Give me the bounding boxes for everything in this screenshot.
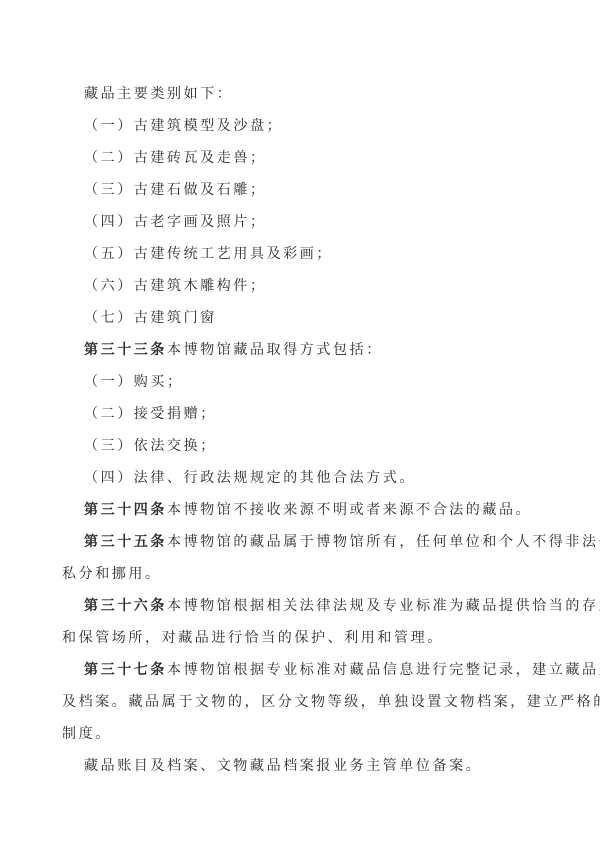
category-item: （五）古建传统工艺用具及彩画； bbox=[62, 238, 548, 270]
article-label: 第三十五条 bbox=[84, 534, 167, 550]
article-35-line-1: 第三十五条本博物馆的藏品属于博物馆所有，任何单位和个人不得非法侵占、 bbox=[62, 526, 548, 558]
article-label: 第三十三条 bbox=[84, 342, 167, 358]
article-37-line-2: 及档案。藏品属于文物的，区分文物等级，单独设置文物档案，建立严格的管理 bbox=[62, 686, 548, 718]
article-text: 本博物馆藏品取得方式包括： bbox=[167, 342, 383, 358]
category-item: （二）古建砖瓦及走兽； bbox=[62, 142, 548, 174]
article-37-line-1: 第三十七条本博物馆根据专业标准对藏品信息进行完整记录，建立藏品账目 bbox=[62, 654, 548, 686]
article-37-line-3: 制度。 bbox=[62, 718, 548, 750]
article-text: 本博物馆根据相关法律法规及专业标准为藏品提供恰当的存放 bbox=[167, 598, 600, 614]
category-item: （一）古建筑模型及沙盘； bbox=[62, 110, 548, 142]
acquisition-item: （三）依法交换； bbox=[62, 430, 548, 462]
intro-line: 藏品主要类别如下： bbox=[62, 78, 548, 110]
acquisition-item: （四）法律、行政法规规定的其他合法方式。 bbox=[62, 462, 548, 494]
article-36-line-2: 和保管场所，对藏品进行恰当的保护、利用和管理。 bbox=[62, 622, 548, 654]
category-item: （三）古建石做及石雕； bbox=[62, 174, 548, 206]
article-34: 第三十四条本博物馆不接收来源不明或者来源不合法的藏品。 bbox=[62, 494, 548, 526]
document-page: 藏品主要类别如下： （一）古建筑模型及沙盘； （二）古建砖瓦及走兽； （三）古建… bbox=[62, 78, 548, 782]
category-item: （七）古建筑门窗 bbox=[62, 302, 548, 334]
acquisition-item: （二）接受捐赠； bbox=[62, 398, 548, 430]
acquisition-item: （一）购买； bbox=[62, 366, 548, 398]
article-text: 本博物馆根据专业标准对藏品信息进行完整记录，建立藏品账目 bbox=[167, 662, 600, 678]
article-text: 本博物馆不接收来源不明或者来源不合法的藏品。 bbox=[167, 502, 532, 518]
article-36-line-1: 第三十六条本博物馆根据相关法律法规及专业标准为藏品提供恰当的存放 bbox=[62, 590, 548, 622]
article-label: 第三十六条 bbox=[84, 598, 167, 614]
article-33: 第三十三条本博物馆藏品取得方式包括： bbox=[62, 334, 548, 366]
article-text: 本博物馆的藏品属于博物馆所有，任何单位和个人不得非法侵占、 bbox=[167, 534, 600, 550]
category-item: （四）古老字画及照片； bbox=[62, 206, 548, 238]
article-35-line-2: 私分和挪用。 bbox=[62, 558, 548, 590]
article-label: 第三十四条 bbox=[84, 502, 167, 518]
category-item: （六）古建筑木雕构件； bbox=[62, 270, 548, 302]
article-label: 第三十七条 bbox=[84, 662, 167, 678]
closing-line: 藏品账目及档案、文物藏品档案报业务主管单位备案。 bbox=[62, 750, 548, 782]
